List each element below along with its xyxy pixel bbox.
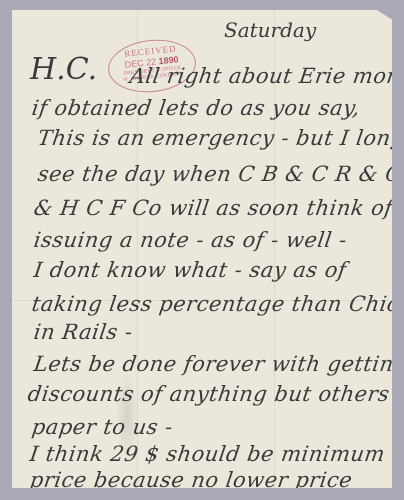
handwritten-line: I think 29 $ should be minimum <box>28 442 386 466</box>
handwritten-line: taking less percentage than Chicago <box>30 292 404 316</box>
handwritten-line: price because no lower price <box>28 468 354 492</box>
handwritten-line: All right about Erie money <box>128 64 404 88</box>
letter-page: H.C. Saturday RECEIVED DEC 22 1890 PRESI… <box>12 10 392 488</box>
handwritten-line: if obtained lets do as you say, <box>30 96 361 120</box>
handwritten-line: This is an emergency - but I long to <box>36 126 404 150</box>
handwritten-line: issuing a note - as of - well - <box>32 228 348 252</box>
handwritten-line: in Rails - <box>32 320 134 344</box>
handwritten-line: see the day when C B & C R & Co <box>36 162 404 186</box>
handwritten-line: Lets be done forever with getting <box>32 352 404 376</box>
handwritten-line: I dont know what - say as of <box>32 258 348 282</box>
recipient-initials: H.C. <box>30 52 97 87</box>
handwritten-line: paper to us - <box>30 415 174 439</box>
handwritten-line: discounts of anything but others <box>26 382 391 406</box>
letter-date: Saturday <box>224 18 316 42</box>
handwritten-line: & H C F Co will as soon think of <box>32 196 394 220</box>
